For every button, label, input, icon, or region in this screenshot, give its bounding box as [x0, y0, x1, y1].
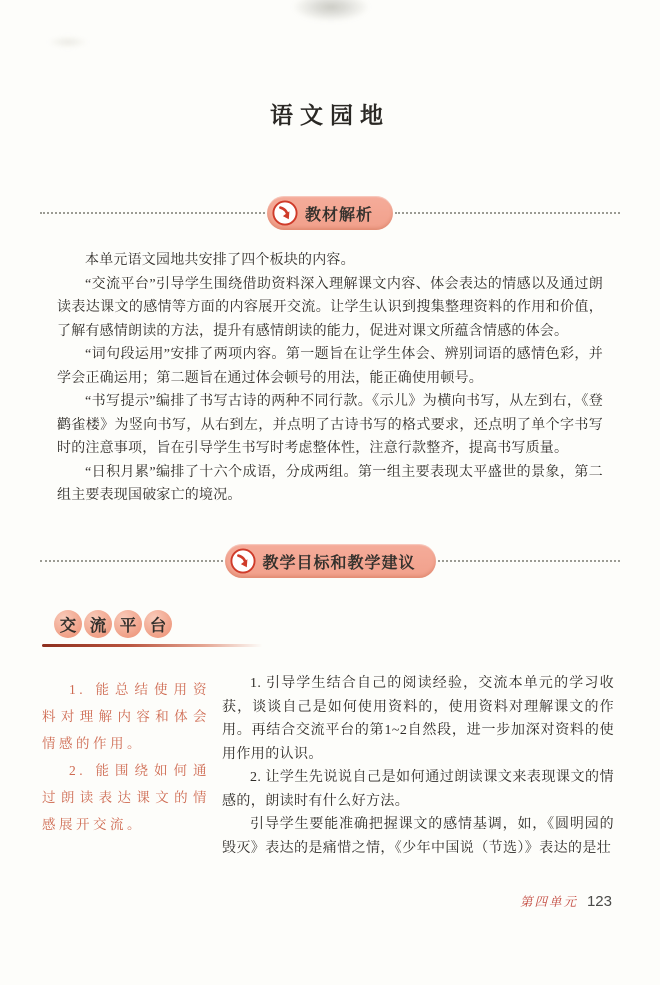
paragraph: 2. 让学生先说说自己是如何通过朗读课文来表现课文的情感的，朗读时有什么好方法。	[222, 766, 614, 813]
dotted-leader-right	[438, 560, 621, 562]
heading-char-circle: 平	[114, 610, 142, 638]
paragraph: 本单元语文园地共安排了四个板块的内容。	[57, 249, 603, 273]
badge-label: 教学目标和教学建议	[263, 550, 416, 573]
dotted-leader-left	[40, 560, 223, 562]
paragraph: 1. 引导学生结合自己的阅读经验，交流本单元的学习收获，谈谈自己是如何使用资料的…	[222, 672, 614, 766]
paragraph: “日积月累”编排了十六个成语，分成两组。第一组主要表现太平盛世的景象，第二组主要…	[57, 461, 603, 508]
section-heading-exchange-platform: 交 流 平 台	[54, 610, 174, 638]
page-title: 语文园地	[0, 97, 660, 130]
paragraph: “词句段运用”安排了两项内容。第一题旨在让学生体会、辨别词语的感情色彩，并学会正…	[57, 343, 603, 390]
heading-underline	[42, 644, 267, 647]
paragraph: “书写提示”编排了书写古诗的两种不同行款。《示儿》为横向书写，从左到右，《登鹳雀…	[57, 390, 603, 461]
page-number: 123	[587, 893, 612, 910]
dotted-leader-right	[395, 212, 620, 214]
material-analysis-badge: 教材解析	[267, 196, 393, 230]
scan-smudge	[292, 0, 370, 22]
curved-arrow-down-icon	[230, 548, 256, 574]
scan-smudge-small	[48, 36, 88, 48]
heading-char-circle: 交	[54, 610, 82, 638]
heading-char-circle: 台	[144, 610, 172, 638]
goal-item: 1. 能总结使用资料对理解内容和体会情感的作用。	[42, 676, 210, 757]
material-analysis-badge-row: 教材解析	[40, 196, 620, 230]
teaching-suggestions-text: 1. 引导学生结合自己的阅读经验，交流本单元的学习收获，谈谈自己是如何使用资料的…	[222, 672, 614, 860]
heading-char-circle: 流	[84, 610, 112, 638]
teaching-goals-sidebar: 1. 能总结使用资料对理解内容和体会情感的作用。 2. 能围绕如何通过朗读表达课…	[42, 676, 210, 838]
page-footer: 第四单元 123	[520, 892, 612, 910]
badge-label: 教材解析	[305, 202, 373, 225]
material-analysis-text: 本单元语文园地共安排了四个板块的内容。 “交流平台”引导学生围绕借助资料深入理解…	[57, 249, 603, 508]
paragraph: 引导学生要能准确把握课文的感情基调，如，《圆明园的毁灭》表达的是痛惜之情，《少年…	[222, 813, 614, 860]
goal-item: 2. 能围绕如何通过朗读表达课文的情感展开交流。	[42, 757, 210, 838]
teaching-guidance-badge-row: 教学目标和教学建议	[40, 544, 620, 578]
unit-label: 第四单元	[520, 892, 578, 910]
curved-arrow-down-icon	[272, 200, 298, 226]
dotted-leader-left	[40, 212, 265, 214]
book-page: 语文园地 教材解析 本单元语文园地共安排了四个板块的内容。 “交流平台”引导学生…	[0, 0, 660, 985]
teaching-guidance-badge: 教学目标和教学建议	[225, 544, 436, 578]
paragraph: “交流平台”引导学生围绕借助资料深入理解课文内容、体会表达的情感以及通过朗读表达…	[57, 273, 603, 344]
